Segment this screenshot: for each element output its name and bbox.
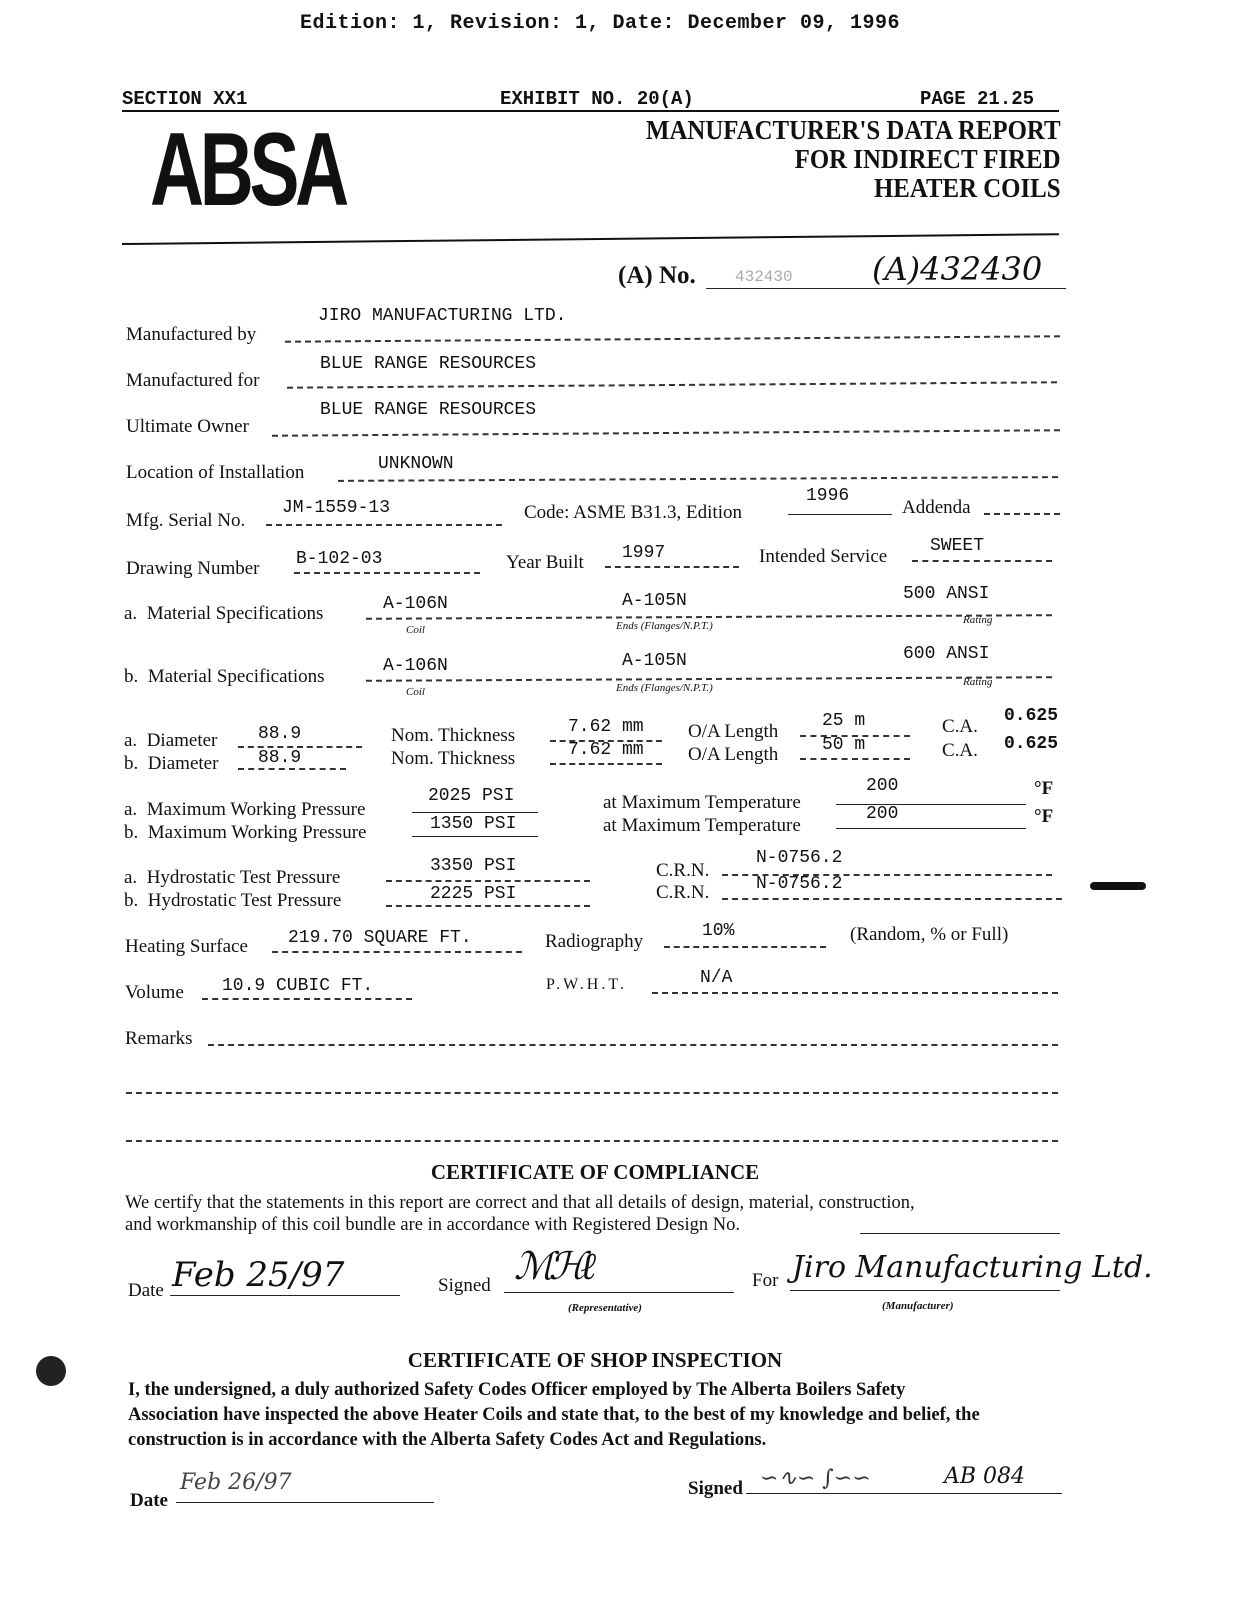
code-edition-value: 1996 xyxy=(806,486,849,506)
manufactured-by-label: Manufactured by xyxy=(126,324,256,346)
a-number-label: (A) No. xyxy=(618,262,696,290)
manufacturer-caption: (Manufacturer) xyxy=(882,1300,954,1312)
temp-a-line xyxy=(836,804,1026,805)
mwp-b-label: b. Maximum Working Pressure xyxy=(124,822,366,844)
addenda-line xyxy=(984,513,1060,515)
crn-b-value: N-0756.2 xyxy=(756,874,842,894)
volume-line xyxy=(202,998,412,1000)
manufactured-for-value: BLUE RANGE RESOURCES xyxy=(320,354,536,374)
title-rule xyxy=(122,233,1059,245)
page-label: PAGE 21.25 xyxy=(920,88,1034,110)
heating-value: 219.70 SQUARE FT. xyxy=(288,928,472,948)
length-b-line xyxy=(800,758,910,760)
rating-caption-b: Rating xyxy=(963,676,992,688)
material-b-ends: A-105N xyxy=(622,651,687,671)
hydro-b-value: 2225 PSI xyxy=(430,884,516,904)
mwp-a-label: a. Maximum Working Pressure xyxy=(124,799,365,821)
title-line-3: HEATER COILS xyxy=(646,174,1061,203)
diameter-b-line xyxy=(238,768,346,770)
inspection-date-line xyxy=(176,1502,434,1503)
mwp-a-line xyxy=(412,812,538,813)
crn-a-label: C.R.N. xyxy=(656,860,709,882)
volume-value: 10.9 CUBIC FT. xyxy=(222,976,373,996)
year-built-label: Year Built xyxy=(506,552,584,574)
compliance-date-value: Feb 25/97 xyxy=(172,1255,344,1295)
mwp-b-line xyxy=(412,836,538,837)
code-label: Code: ASME B31.3, Edition xyxy=(524,502,742,524)
temp-b-label: at Maximum Temperature xyxy=(603,815,801,837)
serial-line xyxy=(266,524,502,526)
serial-label: Mfg. Serial No. xyxy=(126,510,245,532)
inspection-date-value: Feb 26/97 xyxy=(180,1470,292,1495)
hydro-b-line xyxy=(386,905,590,907)
service-value: SWEET xyxy=(930,536,984,556)
temp-b-value: 200 xyxy=(866,804,898,824)
temp-b-unit: °F xyxy=(1034,806,1053,828)
thickness-b-label: Nom. Thickness xyxy=(391,748,515,770)
design-no-line[interactable] xyxy=(860,1233,1060,1234)
diameter-a-value: 88.9 xyxy=(258,724,301,744)
compliance-heading: CERTIFICATE OF COMPLIANCE xyxy=(0,1160,1190,1185)
form-title: MANUFACTURER'S DATA REPORT FOR INDIRECT … xyxy=(646,116,1061,203)
pwht-line xyxy=(652,992,1058,994)
ca-a-label: C.A. xyxy=(942,716,978,738)
a-number-printed: 432430 xyxy=(735,268,793,286)
compliance-text: We certify that the statements in this r… xyxy=(125,1192,1085,1236)
drawing-label: Drawing Number xyxy=(126,558,260,580)
section-label: SECTION XX1 xyxy=(122,88,247,110)
thickness-a-value: 7.62 mm xyxy=(568,717,644,737)
serial-value: JM-1559-13 xyxy=(282,498,390,518)
inspection-heading: CERTIFICATE OF SHOP INSPECTION xyxy=(0,1348,1190,1373)
absa-logo: ABSA xyxy=(150,118,345,222)
coil-caption-a: Coil xyxy=(406,624,425,636)
crn-a-value: N-0756.2 xyxy=(756,848,842,868)
representative-caption: (Representative) xyxy=(568,1302,642,1314)
heating-line xyxy=(272,951,522,953)
temp-b-line xyxy=(836,828,1026,829)
material-b-label: b. Material Specifications xyxy=(124,666,325,688)
pwht-value: N/A xyxy=(700,968,732,988)
manufactured-for-line xyxy=(287,381,1057,388)
title-line-1: MANUFACTURER'S DATA REPORT xyxy=(646,116,1061,145)
remarks-label: Remarks xyxy=(125,1028,193,1050)
manufactured-by-value: JIRO MANUFACTURING LTD. xyxy=(318,306,566,326)
inspection-text: I, the undersigned, a duly authorized Sa… xyxy=(128,1378,1068,1453)
ultimate-owner-label: Ultimate Owner xyxy=(126,416,249,438)
compliance-signed-label: Signed xyxy=(438,1275,491,1297)
length-b-value: 50 m xyxy=(822,735,865,755)
drawing-value: B-102-03 xyxy=(296,549,382,569)
manufactured-for-label: Manufactured for xyxy=(126,370,259,392)
thickness-b-line xyxy=(550,763,662,765)
service-label: Intended Service xyxy=(759,546,887,568)
location-value: UNKNOWN xyxy=(378,454,454,474)
remarks-line-2[interactable] xyxy=(126,1092,1058,1094)
hydro-b-label: b. Hydrostatic Test Pressure xyxy=(124,890,341,912)
temp-a-value: 200 xyxy=(866,776,898,796)
thickness-a-label: Nom. Thickness xyxy=(391,725,515,747)
temp-a-unit: °F xyxy=(1034,778,1053,800)
material-b-line xyxy=(366,676,1052,682)
compliance-date-label: Date xyxy=(128,1280,164,1302)
ultimate-owner-value: BLUE RANGE RESOURCES xyxy=(320,400,536,420)
code-edition-line xyxy=(788,514,892,515)
ends-caption-a: Ends (Flanges/N.P.T.) xyxy=(616,620,713,632)
ca-a-value: 0.625 xyxy=(1004,706,1058,726)
radiography-note: (Random, % or Full) xyxy=(850,924,1008,946)
a-number-line xyxy=(706,288,1066,289)
mwp-b-value: 1350 PSI xyxy=(430,814,516,834)
for-label: For xyxy=(752,1270,778,1292)
edition-line: Edition: 1, Revision: 1, Date: December … xyxy=(0,12,1200,35)
material-a-line xyxy=(366,614,1052,620)
thickness-b-value: 7.62 mm xyxy=(568,740,644,760)
manufactured-by-line xyxy=(285,335,1060,342)
scan-mark xyxy=(1090,882,1146,890)
compliance-date-line xyxy=(170,1295,400,1296)
rating-caption-a: Rating xyxy=(963,614,992,626)
radiography-line xyxy=(664,946,826,948)
volume-label: Volume xyxy=(125,982,184,1004)
inspection-signed-label: Signed xyxy=(688,1478,743,1500)
exhibit-label: EXHIBIT NO. 20(A) xyxy=(500,88,694,110)
year-built-line xyxy=(605,566,739,568)
material-a-label: a. Material Specifications xyxy=(124,603,323,625)
inspection-signed-line xyxy=(746,1493,1062,1494)
length-a-label: O/A Length xyxy=(688,721,778,743)
ultimate-owner-line xyxy=(272,429,1060,437)
for-value: Jiro Manufacturing Ltd. xyxy=(792,1250,1153,1285)
title-line-2: FOR INDIRECT FIRED xyxy=(646,145,1061,174)
hydro-a-label: a. Hydrostatic Test Pressure xyxy=(124,867,340,889)
material-a-coil: A-106N xyxy=(383,594,448,614)
inspection-signature[interactable]: ∽∿∽ ∫∽∽ xyxy=(760,1466,871,1491)
ends-caption-b: Ends (Flanges/N.P.T.) xyxy=(616,682,713,694)
hydro-a-line xyxy=(386,880,590,882)
ca-b-value: 0.625 xyxy=(1004,734,1058,754)
radiography-label: Radiography xyxy=(545,931,643,953)
location-label: Location of Installation xyxy=(126,462,304,484)
length-a-value: 25 m xyxy=(822,711,865,731)
year-built-value: 1997 xyxy=(622,543,665,563)
material-b-coil: A-106N xyxy=(383,656,448,676)
diameter-b-value: 88.9 xyxy=(258,748,301,768)
remarks-line-1[interactable] xyxy=(208,1044,1058,1046)
compliance-signature[interactable]: ℳℋℓ xyxy=(514,1244,590,1289)
dimension-a-label: a. Diameter xyxy=(124,730,217,752)
crn-b-label: C.R.N. xyxy=(656,882,709,904)
temp-a-label: at Maximum Temperature xyxy=(603,792,801,814)
for-line xyxy=(790,1290,1060,1291)
addenda-label: Addenda xyxy=(902,497,971,519)
length-b-label: O/A Length xyxy=(688,744,778,766)
material-b-rating: 600 ANSI xyxy=(903,644,989,664)
drawing-line xyxy=(294,572,480,574)
a-number-handwritten: (A)432430 xyxy=(872,250,1042,288)
heating-label: Heating Surface xyxy=(125,936,248,958)
crn-b-line xyxy=(722,898,1062,900)
radiography-value: 10% xyxy=(702,921,734,941)
compliance-signed-line xyxy=(504,1292,734,1293)
material-a-rating: 500 ANSI xyxy=(903,584,989,604)
material-a-ends: A-105N xyxy=(622,591,687,611)
coil-caption-b: Coil xyxy=(406,686,425,698)
location-line xyxy=(338,476,1058,482)
service-line xyxy=(912,560,1052,562)
dimension-b-label: b. Diameter xyxy=(124,753,218,775)
ca-b-label: C.A. xyxy=(942,740,978,762)
remarks-line-3[interactable] xyxy=(126,1140,1058,1142)
inspection-date-label: Date xyxy=(130,1490,168,1512)
mwp-a-value: 2025 PSI xyxy=(428,786,514,806)
pwht-label: P.W.H.T. xyxy=(546,976,627,994)
hydro-a-value: 3350 PSI xyxy=(430,856,516,876)
inspection-officer-id: AB 084 xyxy=(944,1464,1025,1489)
